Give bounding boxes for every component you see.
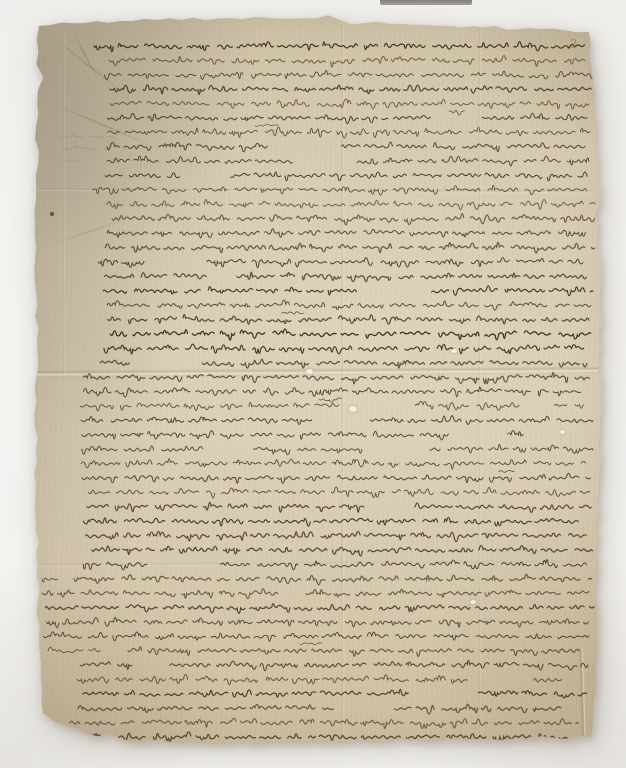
interlinear-insertion — [319, 398, 341, 402]
handwriting-line — [74, 574, 592, 584]
handwriting-line — [108, 127, 590, 138]
handwriting-line — [78, 704, 561, 714]
handwriting-line — [46, 604, 595, 614]
handwriting-line — [105, 272, 587, 281]
marginal-note-line — [48, 647, 100, 652]
interlinear-insertion — [449, 111, 464, 115]
handwriting-line — [81, 459, 585, 470]
handwriting-line — [107, 229, 585, 238]
handwriting-line — [110, 329, 590, 340]
handwriting-line — [84, 387, 581, 397]
handwriting-line — [109, 56, 585, 67]
handwriting-line — [107, 142, 585, 152]
handwriting-line — [84, 372, 590, 383]
manuscript-shadow: 2 — [0, 0, 626, 768]
handwriting-line — [105, 242, 594, 253]
handwriting-line — [88, 487, 589, 498]
handwriting-line — [103, 286, 593, 296]
handwriting-line — [77, 674, 561, 684]
handwriting-line — [104, 344, 584, 354]
handwriting-line — [81, 416, 593, 425]
handwriting-line — [80, 660, 587, 670]
handwriting-line — [92, 546, 593, 556]
handwriting-line — [80, 401, 583, 410]
handwriting-line — [110, 85, 591, 95]
faded-annotation-line — [66, 160, 81, 162]
manuscript-page: 2 — [0, 0, 626, 768]
handwriting-line — [98, 257, 583, 267]
handwriting-line — [107, 200, 595, 210]
handwriting-line — [82, 444, 593, 454]
photo-background: 2 — [0, 0, 626, 768]
handwriting-line — [82, 473, 590, 483]
handwriting-line — [83, 560, 586, 570]
handwriting-line — [108, 315, 589, 325]
handwriting-line — [62, 732, 567, 742]
handwriting-line — [100, 359, 587, 368]
faded-annotation-line — [62, 145, 107, 150]
handwriting-line — [47, 617, 589, 627]
handwriting-line — [82, 431, 523, 440]
handwriting-line — [112, 214, 594, 225]
interlinear-insertion — [255, 124, 278, 126]
handwriting-line — [110, 99, 589, 109]
handwriting-line — [105, 70, 595, 79]
handwriting-line — [107, 156, 589, 166]
handwriting-line — [43, 632, 588, 642]
handwriting-line — [83, 689, 587, 698]
handwriting-line — [93, 185, 587, 195]
handwriting-svg — [0, 0, 626, 768]
interlinear-insertion — [282, 312, 304, 314]
handwriting-line — [94, 42, 585, 52]
handwriting-line — [86, 532, 586, 542]
handwriting-line — [42, 589, 589, 599]
handwriting-line — [84, 517, 579, 526]
handwriting-line — [70, 718, 579, 728]
margin-mark — [42, 578, 58, 582]
handwriting-line — [107, 300, 591, 310]
faded-annotation-line — [58, 136, 115, 139]
interlinear-insertion — [499, 470, 515, 472]
handwriting-line — [87, 503, 591, 513]
handwriting-line — [105, 172, 587, 181]
interlinear-insertion — [300, 643, 322, 645]
handwriting-line — [108, 113, 588, 123]
handwriting-line — [128, 647, 579, 657]
